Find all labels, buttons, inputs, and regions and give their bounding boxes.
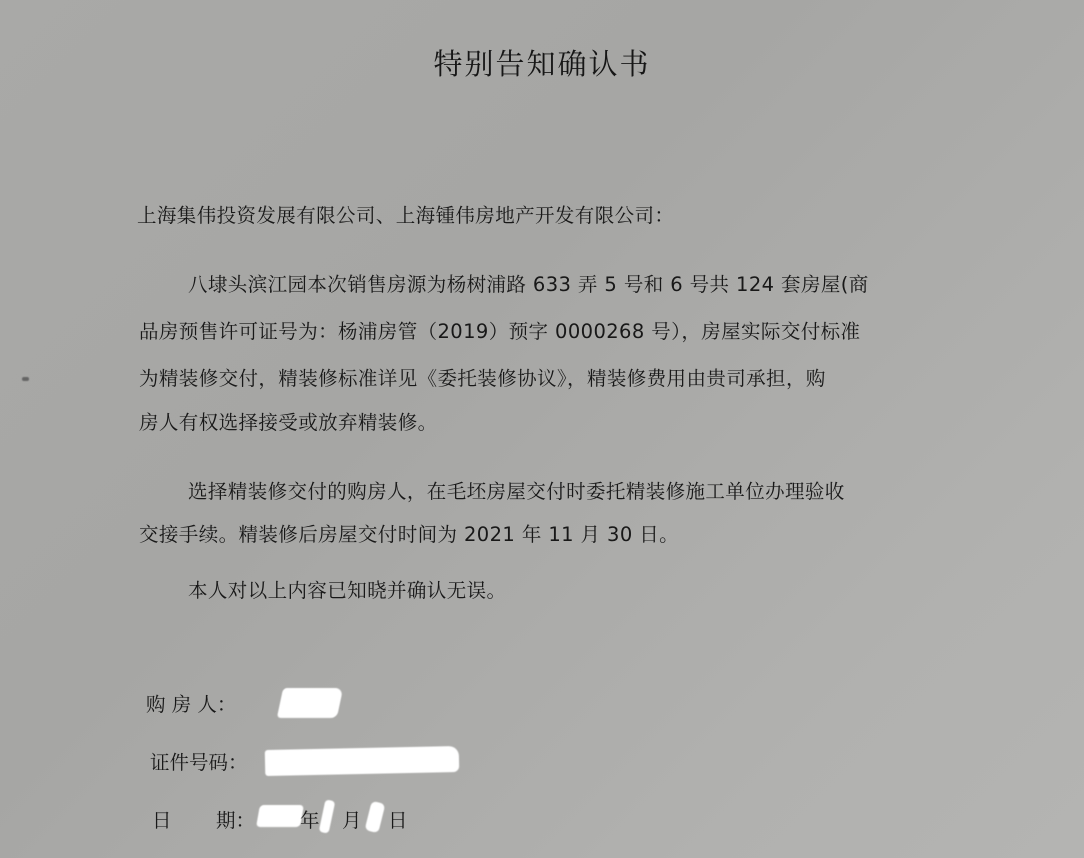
month-redaction bbox=[319, 799, 336, 833]
buyer-name-redaction bbox=[277, 688, 343, 718]
paragraph-1-line-4: 房人有权选择接受或放弃精装修。 bbox=[139, 410, 438, 436]
paragraph-1-line-2: 品房预售许可证号为：杨浦房管（2019）预字 0000268 号），房屋实际交付… bbox=[139, 319, 860, 345]
id-number-label: 证件号码： bbox=[150, 750, 248, 776]
year-unit: 年 bbox=[300, 808, 320, 834]
date-label-char-2: 期： bbox=[216, 808, 255, 834]
day-redaction bbox=[365, 801, 386, 833]
paragraph-2-line-2: 交接手续。精装修后房屋交付时间为 2021 年 11 月 30 日。 bbox=[139, 522, 679, 548]
addressee-line: 上海集伟投资发展有限公司、上海锺伟房地产开发有限公司： bbox=[137, 203, 674, 229]
day-unit: 日 bbox=[388, 808, 408, 834]
paragraph-2-line-1: 选择精装修交付的购房人，在毛坯房屋交付时委托精装修施工单位办理验收 bbox=[188, 479, 845, 505]
paragraph-1-line-3: 为精装修交付，精装修标准详见《委托装修协议》，精装修费用由贵司承担，购 bbox=[139, 366, 826, 392]
buyer-label: 购 房 人： bbox=[146, 692, 236, 718]
date-label-char-1: 日 bbox=[152, 808, 172, 834]
document-title: 特别告知确认书 bbox=[0, 42, 1084, 83]
id-number-redaction bbox=[265, 746, 460, 776]
year-redaction bbox=[256, 805, 304, 827]
month-unit: 月 bbox=[342, 808, 362, 834]
paragraph-1-line-1: 八埭头滨江园本次销售房源为杨树浦路 633 弄 5 号和 6 号共 124 套房… bbox=[188, 272, 869, 298]
confirmation-line: 本人对以上内容已知晓并确认无误。 bbox=[188, 578, 506, 604]
paper-speck bbox=[22, 377, 29, 381]
document-photo: 特别告知确认书 上海集伟投资发展有限公司、上海锺伟房地产开发有限公司： 八埭头滨… bbox=[0, 0, 1084, 858]
